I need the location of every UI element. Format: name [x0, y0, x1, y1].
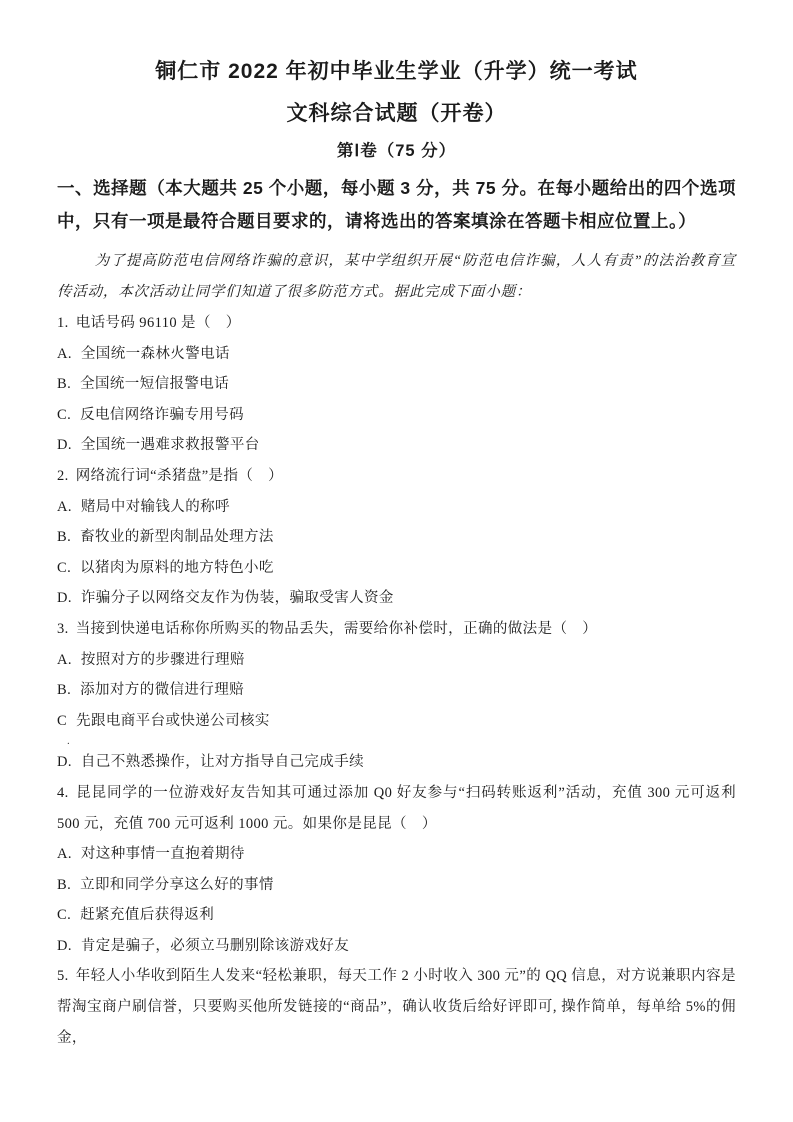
question-3-option-d: D.自己不熟悉操作，让对方指导自己完成手续: [57, 747, 736, 778]
question-2-option-a: A.赌局中对输钱人的称呼: [57, 492, 736, 523]
option-text: 自己不熟悉操作，让对方指导自己完成手续: [81, 754, 364, 770]
option-label: D.: [57, 754, 72, 770]
question-1-option-b: B.全国统一短信报警电话: [57, 369, 736, 400]
option-label: A.: [57, 346, 72, 362]
option-text: 全国统一遇难求救报警平台: [81, 437, 260, 453]
question-3: 3.当接到快递电话称你所购买的物品丢失，需要给你补偿时，正确的做法是（ ） A.…: [57, 614, 736, 778]
option-label: C.: [57, 560, 71, 576]
option-label: B.: [57, 529, 71, 545]
question-2-option-d: D.诈骗分子以网络交友作为伪装，骗取受害人资金: [57, 583, 736, 614]
question-3-option-c: C先跟电商平台或快递公司核实: [57, 706, 736, 737]
question-number: 4.: [57, 785, 69, 801]
option-text: 赶紧充值后获得返利: [80, 907, 214, 923]
option-label: D.: [57, 938, 72, 954]
option-label: B.: [57, 682, 71, 698]
question-1-option-d: D.全国统一遇难求救报警平台: [57, 430, 736, 461]
option-text: 赌局中对输钱人的称呼: [81, 499, 230, 515]
question-number: 3.: [57, 621, 69, 637]
question-2-option-b: B.畜牧业的新型肉制品处理方法: [57, 522, 736, 553]
question-5-stem: 5.年轻人小华收到陌生人发来“轻松兼职，每天工作 2 小时收入 300 元”的 …: [57, 961, 736, 1053]
question-4: 4.昆昆同学的一位游戏好友告知其可通过添加 Q0 好友参与“扫码转账返利”活动，…: [57, 778, 736, 962]
option-text: 诈骗分子以网络交友作为伪装，骗取受害人资金: [81, 590, 394, 606]
question-3-option-b: B.添加对方的微信进行理赔: [57, 675, 736, 706]
question-4-option-d: D.肯定是骗子，必须立马删别除该游戏好友: [57, 931, 736, 962]
option-label: D.: [57, 437, 72, 453]
option-text: 先跟电商平台或快递公司核实: [76, 713, 270, 729]
question-stem-text: 网络流行词“杀猪盘”是指（ ）: [76, 468, 283, 484]
volume-heading: 第Ⅰ卷（75 分）: [57, 138, 736, 164]
option-text: 全国统一短信报警电话: [80, 376, 229, 392]
option-label: D.: [57, 590, 72, 606]
question-stem-text: 当接到快递电话称你所购买的物品丢失，需要给你补偿时，正确的做法是（ ）: [76, 621, 598, 637]
option-label: B.: [57, 877, 71, 893]
option-label: A.: [57, 846, 72, 862]
option-label: C.: [57, 407, 71, 423]
question-1-option-c: C.反电信网络诈骗专用号码: [57, 400, 736, 431]
option-text: 添加对方的微信进行理赔: [80, 682, 244, 698]
question-stem-text: 年轻人小华收到陌生人发来“轻松兼职，每天工作 2 小时收入 300 元”的 QQ…: [57, 968, 736, 1045]
option-label: B.: [57, 376, 71, 392]
option-label: A.: [57, 499, 72, 515]
question-4-option-b: B.立即和同学分享这么好的事情: [57, 870, 736, 901]
question-3-stem: 3.当接到快递电话称你所购买的物品丢失，需要给你补偿时，正确的做法是（ ）: [57, 614, 736, 645]
option-text: 以猪肉为原料的地方特色小吃: [80, 560, 274, 576]
question-3-option-a: A.按照对方的步骤进行理赔: [57, 645, 736, 676]
option-text: 肯定是骗子，必须立马删别除该游戏好友: [81, 938, 349, 954]
question-stem-text: 昆昆同学的一位游戏好友告知其可通过添加 Q0 好友参与“扫码转账返利”活动，充值…: [57, 785, 736, 832]
question-number: 5.: [57, 968, 69, 984]
question-1-option-a: A.全国统一森林火警电话: [57, 339, 736, 370]
option-text: 全国统一森林火警电话: [81, 346, 230, 362]
exam-title: 铜仁市 2022 年初中毕业生学业（升学）统一考试: [57, 56, 736, 88]
section-one-heading: 一、选择题（本大题共 25 个小题，每小题 3 分，共 75 分。在每小题给出的…: [57, 172, 736, 238]
option-text: 立即和同学分享这么好的事情: [80, 877, 274, 893]
option-text: 畜牧业的新型肉制品处理方法: [80, 529, 274, 545]
intro-passage: 为了提高防范电信网络诈骗的意识，某中学组织开展“防范电信诈骗，人人有责”的法治教…: [57, 246, 736, 308]
option-text: 按照对方的步骤进行理赔: [81, 652, 245, 668]
question-2: 2.网络流行词“杀猪盘”是指（ ） A.赌局中对输钱人的称呼 B.畜牧业的新型肉…: [57, 461, 736, 614]
question-2-option-c: C.以猪肉为原料的地方特色小吃: [57, 553, 736, 584]
question-4-option-c: C.赶紧充值后获得返利: [57, 900, 736, 931]
question-number: 1.: [57, 315, 69, 331]
exam-subtitle: 文科综合试题（开卷）: [57, 98, 736, 130]
stray-period-mark: .: [57, 736, 736, 747]
question-number: 2.: [57, 468, 69, 484]
question-5: 5.年轻人小华收到陌生人发来“轻松兼职，每天工作 2 小时收入 300 元”的 …: [57, 961, 736, 1053]
option-label: C: [57, 713, 67, 729]
option-label: C.: [57, 907, 71, 923]
question-1: 1.电话号码 96110 是（ ） A.全国统一森林火警电话 B.全国统一短信报…: [57, 308, 736, 461]
question-stem-text: 电话号码 96110 是（ ）: [76, 315, 241, 331]
option-text: 反电信网络诈骗专用号码: [80, 407, 244, 423]
option-text: 对这种事情一直抱着期待: [81, 846, 245, 862]
question-4-option-a: A.对这种事情一直抱着期待: [57, 839, 736, 870]
exam-paper-page: 铜仁市 2022 年初中毕业生学业（升学）统一考试 文科综合试题（开卷） 第Ⅰ卷…: [0, 0, 793, 1122]
question-2-stem: 2.网络流行词“杀猪盘”是指（ ）: [57, 461, 736, 492]
question-4-stem: 4.昆昆同学的一位游戏好友告知其可通过添加 Q0 好友参与“扫码转账返利”活动，…: [57, 778, 736, 839]
question-1-stem: 1.电话号码 96110 是（ ）: [57, 308, 736, 339]
option-label: A.: [57, 652, 72, 668]
